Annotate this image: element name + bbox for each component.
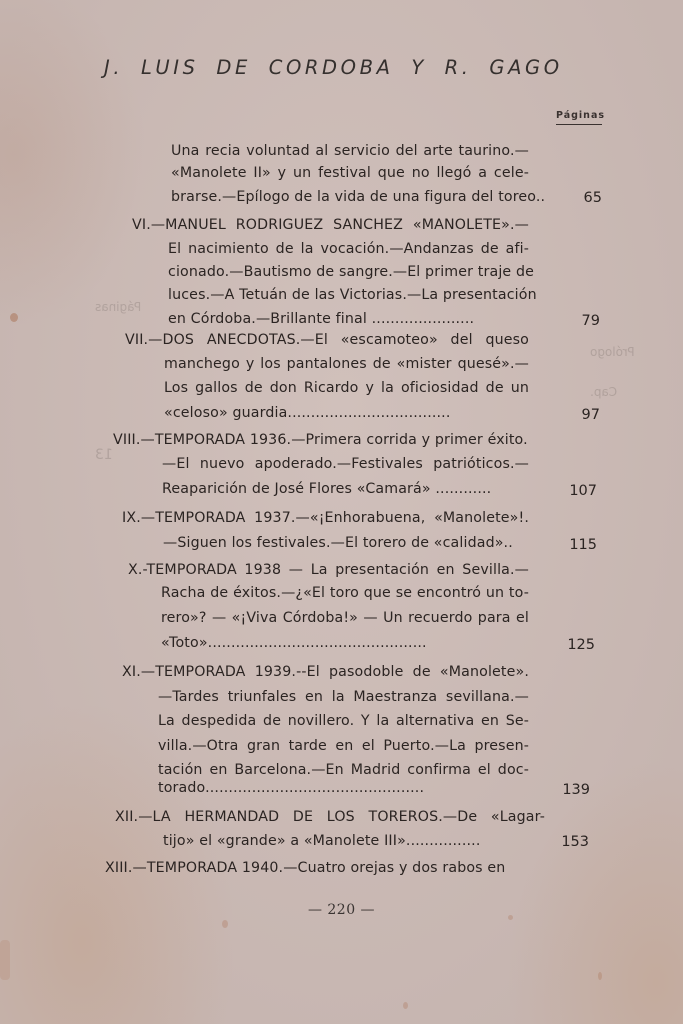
page-number: 125 bbox=[555, 634, 595, 656]
foxing-spot bbox=[10, 313, 18, 322]
toc-line: Racha de éxitos.—¿«El toro que se encont… bbox=[161, 582, 529, 604]
running-head: J. LUIS DE CORDOBA Y R. GAGO bbox=[104, 56, 609, 79]
page-number: 65 bbox=[562, 187, 602, 209]
bleed-through-text: 13 bbox=[95, 447, 113, 463]
page-number: 97 bbox=[560, 404, 600, 426]
column-header-paginas: Páginas bbox=[556, 110, 602, 125]
toc-line: cionado.—Bautismo de sangre.—El primer t… bbox=[168, 261, 529, 283]
toc-line: La despedida de novillero. Y la alternat… bbox=[158, 710, 529, 732]
toc-line: villa.—Otra gran tarde en el Puerto.—La … bbox=[158, 735, 529, 757]
toc-line: XI.—TEMPORADA 1939.--El pasodoble de «Ma… bbox=[122, 661, 529, 683]
toc-line: manchego y los pantalones de «mister que… bbox=[164, 353, 529, 375]
bleed-through-text: Cap. bbox=[590, 385, 617, 399]
toc-line: luces.—A Tetuán de las Victorias.—La pre… bbox=[168, 284, 529, 306]
foxing-spot bbox=[403, 1002, 408, 1009]
toc-line: brarse.—Epílogo de la vida de una figura… bbox=[171, 186, 545, 208]
page-number: 107 bbox=[557, 480, 597, 502]
toc-line: Los gallos de don Ricardo y la oficiosid… bbox=[164, 377, 529, 399]
toc-line: X.-TEMPORADA 1938 — La presentación en S… bbox=[128, 559, 529, 581]
foxing-spot bbox=[0, 940, 10, 980]
toc-line: —El nuevo apoderado.—Festivales patrióti… bbox=[162, 453, 529, 475]
page-number: 79 bbox=[560, 310, 600, 332]
toc-line: rero»? — «¡Viva Córdoba!» — Un recuerdo … bbox=[161, 607, 529, 629]
toc-line: VI.—MANUEL RODRIGUEZ SANCHEZ «MANOLETE».… bbox=[132, 214, 529, 236]
toc-line: El nacimiento de la vocación.—Andanzas d… bbox=[168, 238, 529, 260]
bleed-through-text: Páginas bbox=[95, 300, 141, 314]
toc-line: «Toto»..................................… bbox=[161, 632, 427, 654]
toc-line: tijo» el «grande» a «Manolete III»......… bbox=[163, 830, 480, 852]
page-number: 115 bbox=[557, 534, 597, 556]
page-number: 139 bbox=[550, 779, 590, 801]
foxing-spot bbox=[598, 972, 602, 980]
toc-line: Una recia voluntad al servicio del arte … bbox=[171, 140, 529, 162]
toc-line: «Manolete II» y un festival que no llegó… bbox=[171, 162, 529, 184]
page-folio: — 220 — bbox=[0, 902, 683, 918]
bleed-through-text: Prólogo bbox=[590, 345, 635, 359]
foxing-spot bbox=[222, 920, 228, 928]
toc-line: en Córdoba.—Brillante final ............… bbox=[168, 308, 474, 330]
toc-line: IX.—TEMPORADA 1937.—«¡Enhorabuena, «Mano… bbox=[122, 507, 529, 529]
toc-line: «celoso» guardia........................… bbox=[164, 402, 451, 424]
toc-line: VII.—DOS ANECDOTAS.—El «escamoteo» del q… bbox=[125, 329, 529, 351]
toc-line: torado..................................… bbox=[158, 777, 424, 799]
toc-line: —Siguen los festivales.—El torero de «ca… bbox=[163, 532, 513, 554]
page-number: 153 bbox=[549, 831, 589, 853]
toc-line: —Tardes triunfales en la Maestranza sevi… bbox=[158, 686, 529, 708]
toc-line: XII.—LA HERMANDAD DE LOS TOREROS.—De «La… bbox=[115, 806, 545, 828]
toc-line: VIII.—TEMPORADA 1936.—Primera corrida y … bbox=[113, 429, 528, 451]
toc-line: Reaparición de José Flores «Camará» ....… bbox=[162, 478, 491, 500]
toc-line: XIII.—TEMPORADA 1940.—Cuatro orejas y do… bbox=[105, 857, 505, 879]
